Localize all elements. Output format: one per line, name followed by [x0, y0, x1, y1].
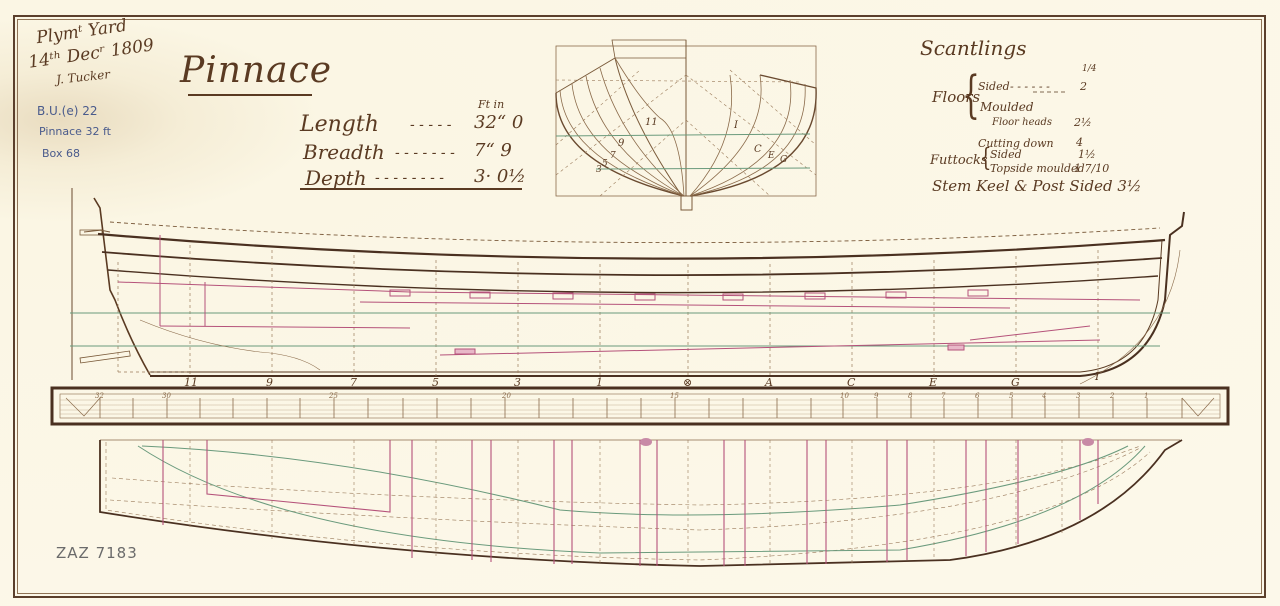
scale-label: 25	[328, 392, 338, 400]
scale-label: 10	[840, 392, 849, 400]
scale-label: 32	[95, 392, 104, 400]
scale-label: 2	[1109, 392, 1115, 400]
scale-label: 5	[1009, 392, 1014, 400]
scale-labels: 32 30 25 20 15 10 9 8 7 6 5 4 3 2 1	[95, 392, 1148, 400]
section-label-G: G	[780, 155, 787, 165]
scale-bar	[52, 388, 1228, 424]
catalogue-reference: ZAZ 7183	[56, 544, 138, 562]
scale-label: 7	[941, 392, 946, 400]
scale-label: 4	[1041, 392, 1046, 400]
scale-label: 6	[975, 392, 980, 400]
section-label-C: C	[754, 144, 762, 155]
section-label-E: E	[767, 151, 775, 161]
scale-label: 8	[908, 392, 913, 400]
station-label: I	[1094, 370, 1100, 383]
section-label-3: 3	[596, 165, 602, 175]
ship-plan-drawing: 11 9 7 5 3 I C E G	[0, 0, 1280, 606]
station-labels: 11 9 7 5 3 1 ⊗ A C E G I	[184, 370, 1100, 389]
scale-label: 9	[874, 392, 879, 400]
section-label-I: I	[733, 120, 739, 131]
body-plan	[556, 40, 816, 210]
section-label-9: 9	[618, 138, 625, 149]
section-label-11: 11	[645, 117, 658, 128]
scale-label: 30	[162, 392, 171, 400]
scale-label: 20	[501, 392, 511, 400]
half-breadth-plan	[100, 438, 1182, 566]
scale-label: 1	[1144, 392, 1148, 400]
section-label-7: 7	[610, 151, 616, 161]
scale-label: 15	[670, 392, 679, 400]
scale-label: 3	[1076, 392, 1081, 400]
sheer-plan	[70, 188, 1184, 384]
section-label-5: 5	[602, 159, 608, 169]
